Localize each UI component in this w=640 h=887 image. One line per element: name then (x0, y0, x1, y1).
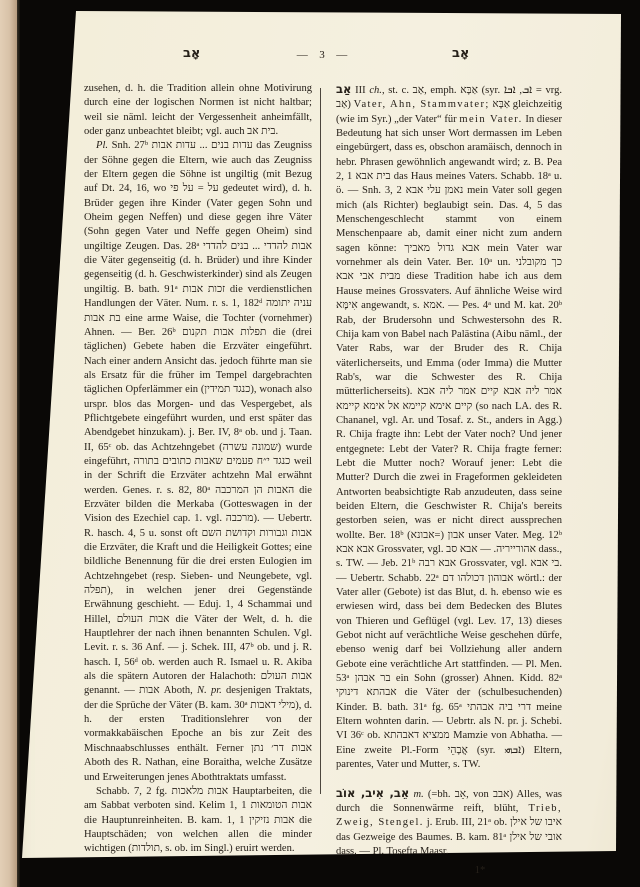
text-segment: In dieser Bedeutung hat sich unser Wort … (336, 114, 562, 770)
book-edge-strip (0, 0, 17, 887)
text-segment: mein Vater. (459, 114, 522, 125)
text-segment: Snh. 27ᵇ עדות בנים ... עדות אבות das Zeu… (84, 140, 312, 696)
text-segment: III (351, 85, 369, 96)
dictionary-paragraph: אֵב, אִיב, אוֹב m. (=bh. אֵב, von אבב) A… (336, 786, 562, 860)
text-segment: Pl. (96, 140, 108, 151)
text-segment: desjenigen Traktats, der die Sprüche der… (84, 685, 312, 782)
text-segment: Schabb. 7, 2 fg. אבות מלאכות Hauptarbeit… (84, 786, 312, 854)
page-edge-shadow (17, 0, 20, 887)
column-divider (320, 88, 321, 794)
text-segment: zusehen, d. h. die Tradition allein ohne… (84, 83, 312, 137)
column-right: אַב III ch., st. c. אַב, emph. אַבָּא (s… (336, 82, 562, 879)
text-segment: ch. (369, 85, 382, 96)
text-columns: zusehen, d. h. die Tradition allein ohne… (84, 82, 562, 879)
page-number: — 3 — (84, 49, 562, 61)
header-keyword-right: אָב (452, 46, 469, 61)
entry-headword: אֵב, אִיב, אוֹב (336, 786, 409, 800)
text-segment: m. (413, 789, 423, 800)
page-number-dash-right: — (336, 49, 349, 61)
page-number-dash-left: — (297, 49, 310, 61)
dictionary-paragraph: אַב III ch., st. c. אַב, emph. אַבָּא (s… (336, 82, 562, 773)
entry-headword: אַב (336, 82, 351, 96)
page-number-value: 3 (319, 49, 327, 61)
text-segment: Vater, Ahn, Stammvater; (354, 99, 490, 110)
running-header: אָב — 3 — אָב (84, 46, 562, 76)
signature-mark: 1* (336, 864, 562, 878)
dictionary-paragraph: zusehen, d. h. die Tradition allein ohne… (84, 82, 312, 139)
column-left: zusehen, d. h. die Tradition allein ohne… (84, 82, 312, 879)
dictionary-paragraph: Schabb. 7, 2 fg. אבות מלאכות Hauptarbeit… (84, 785, 312, 857)
dictionary-paragraph: Pl. Snh. 27ᵇ עדות בנים ... עדות אבות das… (84, 139, 312, 784)
page-content: אָב — 3 — אָב zusehen, d. h. die Traditi… (84, 46, 562, 879)
text-segment: N. pr. (197, 685, 222, 696)
